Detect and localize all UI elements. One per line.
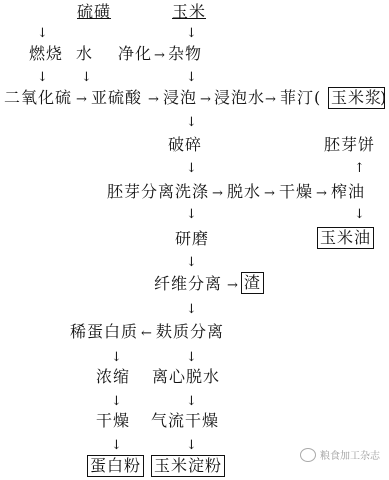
node-protein-powder: 蛋白粉 bbox=[87, 455, 144, 477]
arrow-left-icon: ← bbox=[141, 327, 152, 340]
arrow-down-icon: ↓ bbox=[186, 256, 197, 269]
arrow-right-icon: → bbox=[265, 93, 276, 106]
node-impurities: 杂物 bbox=[168, 44, 202, 64]
arrow-down-icon: ↓ bbox=[186, 116, 197, 129]
node-dilute-protein: 稀蛋白质 bbox=[70, 322, 138, 342]
arrow-down-icon: ↓ bbox=[186, 71, 197, 84]
arrow-right-icon: → bbox=[200, 93, 211, 106]
node-crush: 破碎 bbox=[168, 135, 202, 155]
node-burn: 燃烧 bbox=[29, 44, 63, 64]
arrow-down-icon: ↓ bbox=[111, 351, 122, 364]
node-corn-starch: 玉米淀粉 bbox=[151, 455, 225, 477]
arrow-down-icon: ↓ bbox=[111, 439, 122, 452]
arrow-right-icon: → bbox=[212, 187, 223, 200]
node-dry1: 干燥 bbox=[279, 182, 313, 202]
node-corn-steep-liquor: 玉米浆 bbox=[328, 87, 385, 109]
node-so2: 二氧化硫 bbox=[4, 88, 72, 108]
node-clean: 净化 bbox=[118, 44, 152, 64]
node-sulfurous-acid: 亚硫酸 bbox=[91, 88, 142, 108]
arrow-down-icon: ↓ bbox=[37, 71, 48, 84]
node-steep: 浸泡 bbox=[163, 88, 197, 108]
node-press-oil: 榨油 bbox=[331, 182, 365, 202]
arrow-right-icon: → bbox=[154, 49, 165, 62]
node-gluten-separation: 麸质分离 bbox=[156, 322, 224, 342]
node-corn: 玉米 bbox=[172, 2, 206, 22]
node-airflow-dry: 气流干燥 bbox=[151, 411, 219, 431]
arrow-up-icon: ↑ bbox=[354, 162, 365, 175]
node-dry2: 干燥 bbox=[96, 411, 130, 431]
node-steep-water: 浸泡水 bbox=[214, 88, 265, 108]
arrow-down-icon: ↓ bbox=[81, 71, 92, 84]
arrow-down-icon: ↓ bbox=[186, 162, 197, 175]
node-water: 水 bbox=[76, 44, 93, 64]
arrow-right-icon: → bbox=[227, 279, 238, 292]
node-phytin-close: ) bbox=[380, 88, 387, 108]
node-dewater: 脱水 bbox=[227, 182, 261, 202]
arrow-down-icon: ↓ bbox=[186, 395, 197, 408]
node-fiber-separation: 纤维分离 bbox=[154, 274, 222, 294]
arrow-right-icon: → bbox=[264, 187, 275, 200]
arrow-right-icon: → bbox=[316, 187, 327, 200]
arrow-right-icon: → bbox=[76, 93, 87, 106]
arrow-down-icon: ↓ bbox=[354, 208, 365, 221]
node-concentrate: 浓缩 bbox=[96, 367, 130, 387]
node-grind: 研磨 bbox=[175, 229, 209, 249]
node-corn-oil: 玉米油 bbox=[317, 227, 374, 249]
node-germ-cake: 胚芽饼 bbox=[324, 135, 375, 155]
arrow-down-icon: ↓ bbox=[186, 208, 197, 221]
arrow-down-icon: ↓ bbox=[111, 395, 122, 408]
watermark-text: 粮食加工杂志 bbox=[320, 447, 380, 462]
wechat-icon bbox=[300, 448, 316, 462]
arrow-down-icon: ↓ bbox=[186, 303, 197, 316]
watermark: 粮食加工杂志 bbox=[300, 447, 380, 462]
node-phytin: 菲汀( bbox=[280, 88, 321, 108]
arrow-right-icon: → bbox=[148, 93, 159, 106]
node-sulfur: 硫磺 bbox=[77, 2, 111, 22]
node-germ-separation: 胚芽分离洗涤 bbox=[107, 182, 209, 202]
arrow-down-icon: ↓ bbox=[186, 27, 197, 40]
arrow-down-icon: ↓ bbox=[186, 439, 197, 452]
arrow-down-icon: ↓ bbox=[37, 27, 48, 40]
node-centrifuge: 离心脱水 bbox=[152, 367, 220, 387]
node-residue: 渣 bbox=[241, 272, 264, 294]
arrow-down-icon: ↓ bbox=[186, 351, 197, 364]
